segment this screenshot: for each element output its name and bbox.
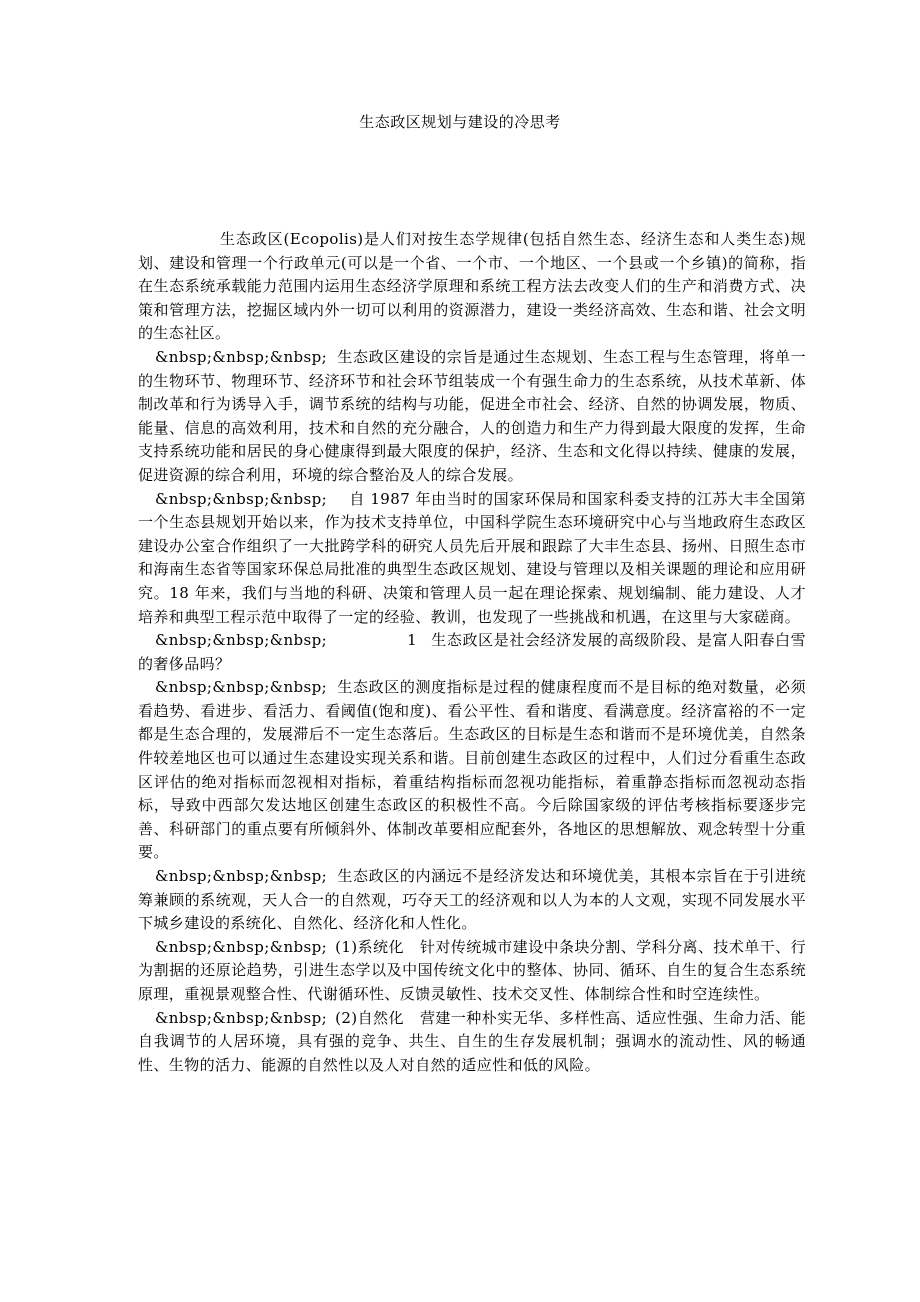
nbsp-prefix: &nbsp;&nbsp;&nbsp; [155,490,327,508]
paragraph-systematization: &nbsp;&nbsp;&nbsp;(1)系统化针对传统城市建设中条块分割、学科… [138,936,806,1007]
paragraph-connotation: &nbsp;&nbsp;&nbsp;生态政区的内涵远不是经济发达和环境优美，其根… [138,865,806,936]
nbsp-prefix: &nbsp;&nbsp;&nbsp; [155,938,327,956]
paragraph-purpose: &nbsp;&nbsp;&nbsp;生态政区建设的宗旨是通过生态规划、生态工程与… [138,346,806,488]
item-heading: (2)自然化 [335,1009,404,1027]
document-title: 生态政区规划与建设的冷思考 [0,112,920,132]
paragraph-text: 自 1987 年由当时的国家环保局和国家科委支持的江苏大丰全国第一个生态县规划开… [138,490,806,626]
paragraph-text: 生态政区(Ecopolis)是人们对按生态学规律(包括自然生态、经济生态和人类生… [138,230,806,342]
paragraph-definition: 生态政区(Ecopolis)是人们对按生态学规律(包括自然生态、经济生态和人类生… [138,228,806,346]
paragraph-text: 生态政区的测度指标是过程的健康程度而不是目标的绝对数量，必须看趋势、看进步、看活… [138,678,806,861]
nbsp-prefix: &nbsp;&nbsp;&nbsp; [155,867,327,885]
nbsp-prefix: &nbsp;&nbsp;&nbsp; [155,678,327,696]
section-number: 1 [407,631,417,649]
item-heading: (1)系统化 [335,938,404,956]
paragraph-indicators: &nbsp;&nbsp;&nbsp;生态政区的测度指标是过程的健康程度而不是目标… [138,676,806,865]
nbsp-prefix: &nbsp;&nbsp;&nbsp; [155,1009,327,1027]
nbsp-prefix: &nbsp;&nbsp;&nbsp; [155,631,327,649]
paragraph-text: 生态政区建设的宗旨是通过生态规划、生态工程与生态管理，将单一的生物环节、物理环节… [138,348,806,484]
section-heading-1: &nbsp;&nbsp;&nbsp;1生态政区是社会经济发展的高级阶段、是富人阳… [138,629,806,676]
document-body: 生态政区(Ecopolis)是人们对按生态学规律(包括自然生态、经济生态和人类生… [138,228,806,1077]
paragraph-history: &nbsp;&nbsp;&nbsp;自 1987 年由当时的国家环保局和国家科委… [138,488,806,630]
paragraph-naturalization: &nbsp;&nbsp;&nbsp;(2)自然化营建一种朴实无华、多样性高、适应… [138,1007,806,1078]
nbsp-prefix: &nbsp;&nbsp;&nbsp; [155,348,327,366]
